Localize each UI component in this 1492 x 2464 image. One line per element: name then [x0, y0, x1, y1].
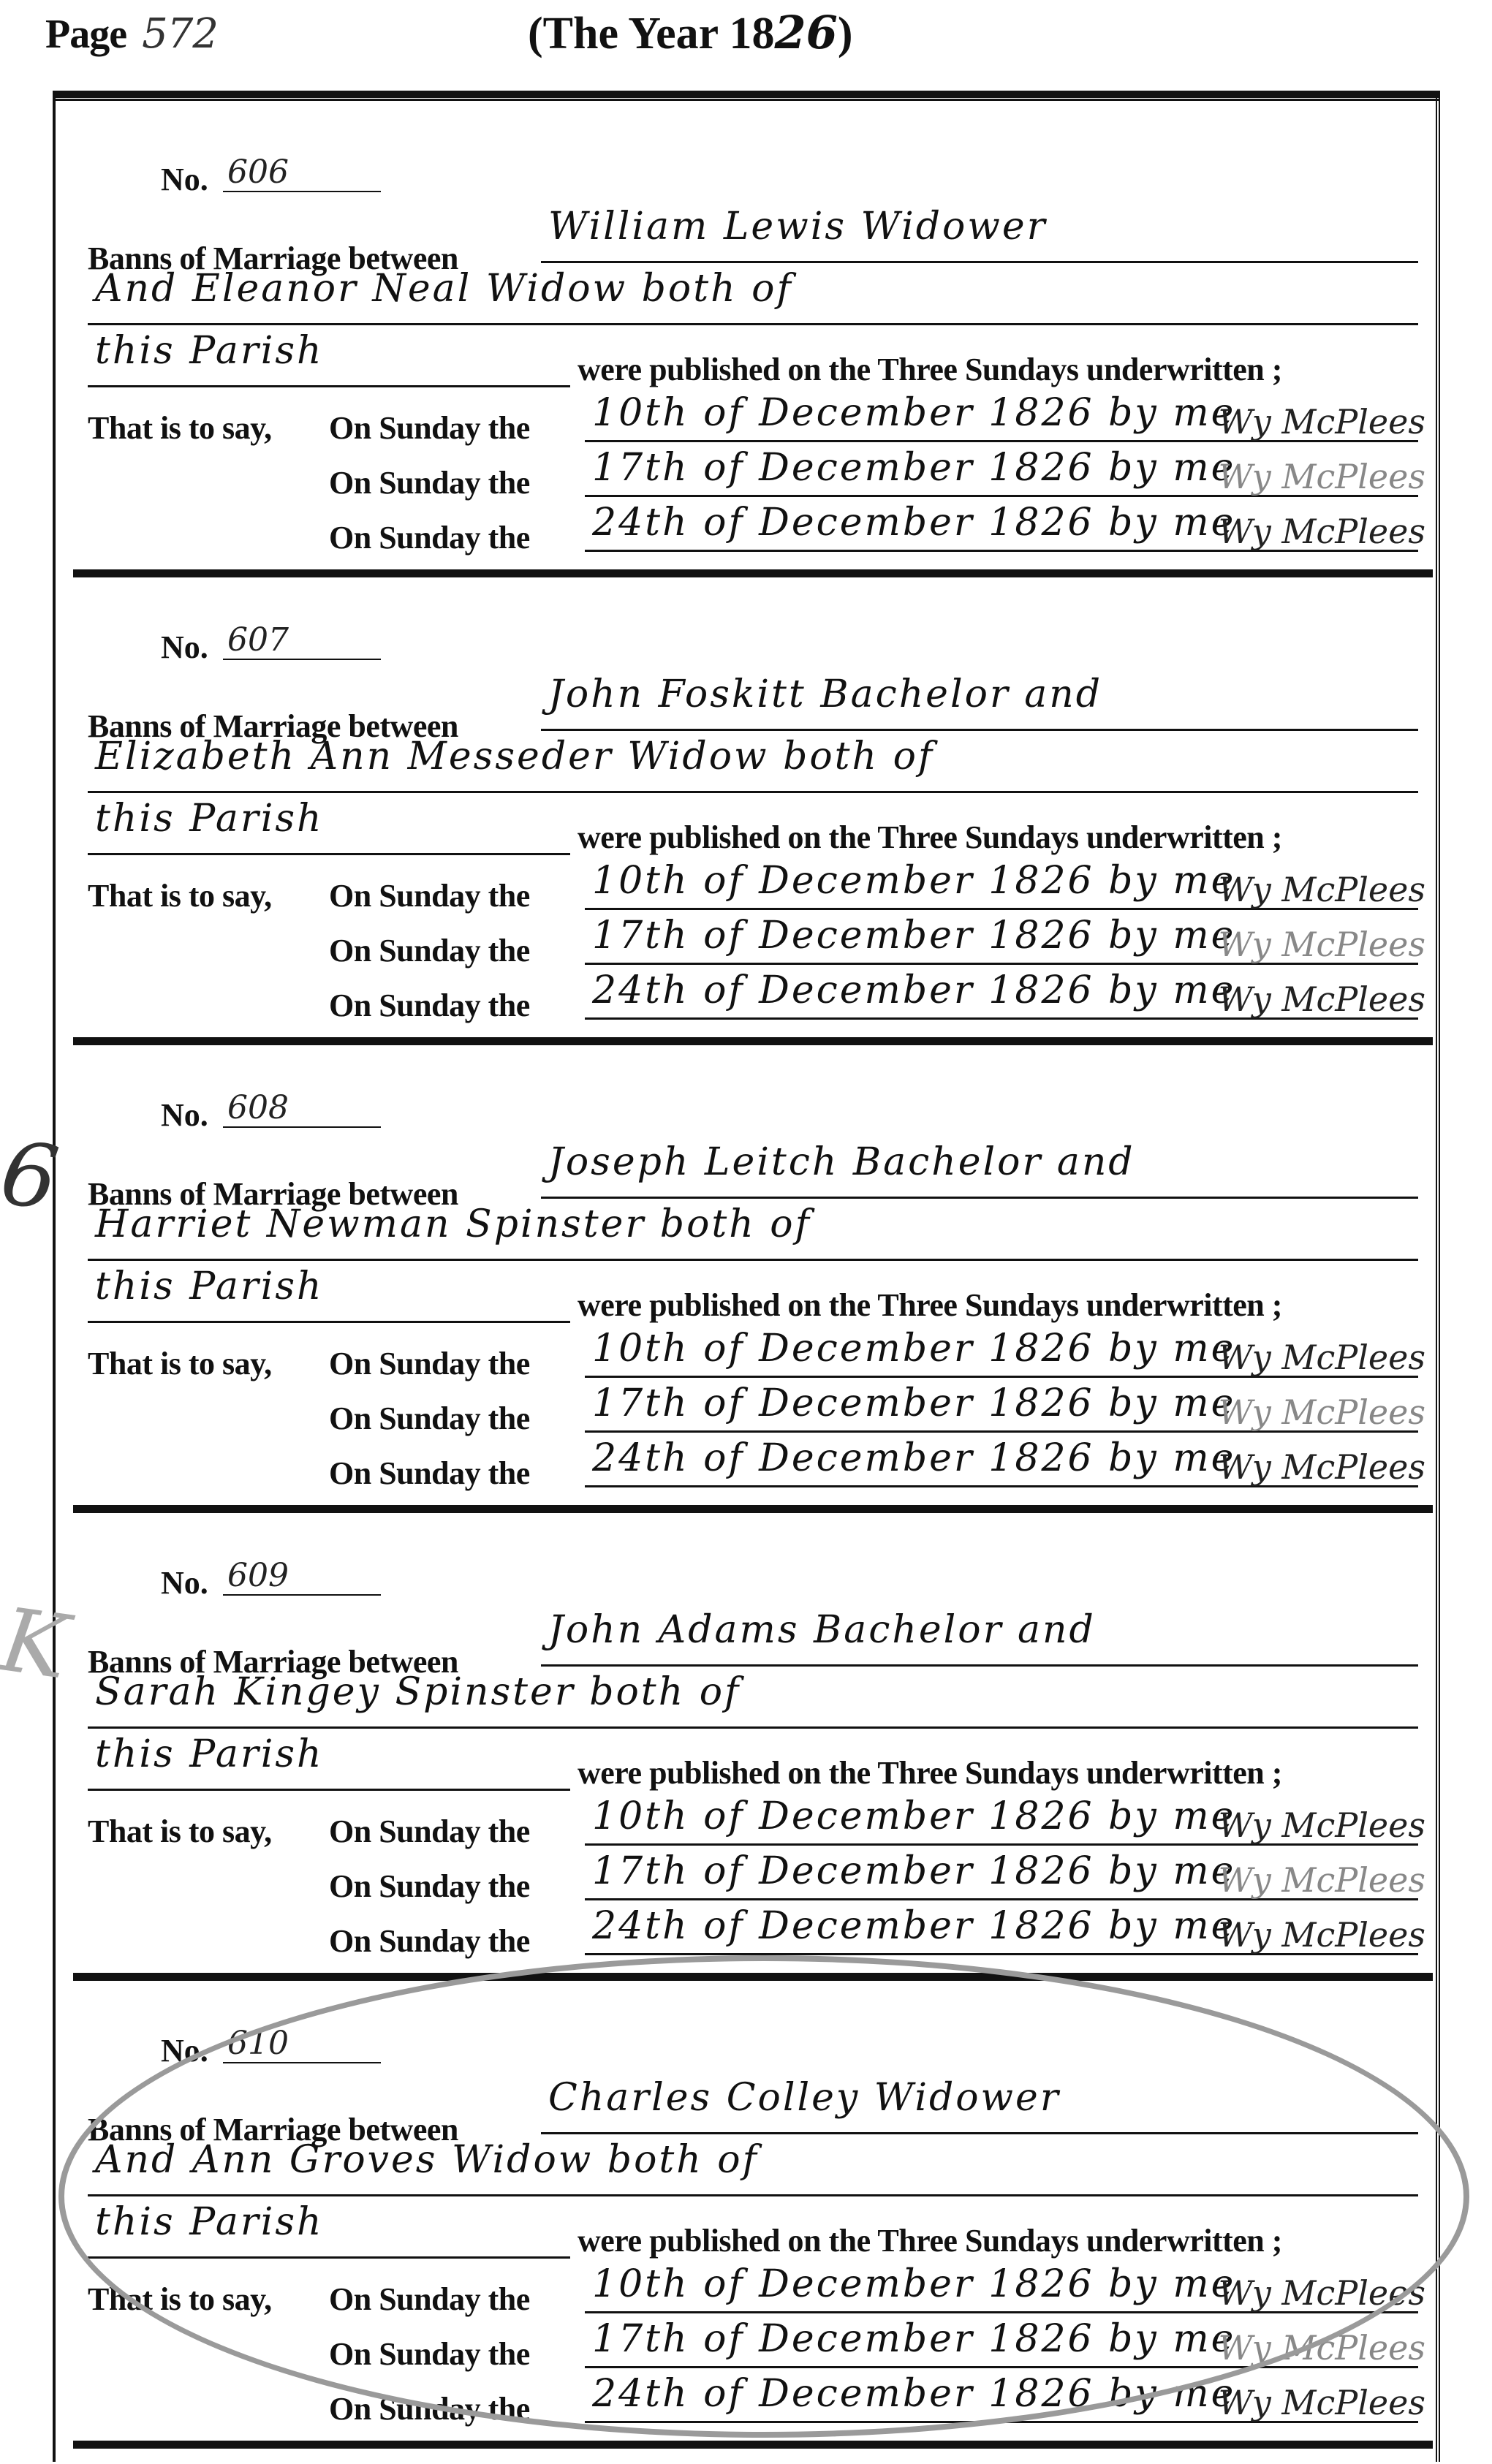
- entry-divider: [73, 1037, 1433, 1045]
- on-sunday-label: On Sunday the: [329, 1455, 530, 1492]
- minister-signature: Wy McPlees: [1219, 1805, 1425, 1845]
- parties-line-3: this Parish: [88, 1732, 570, 1791]
- minister-signature: Wy McPlees: [1219, 1915, 1425, 1955]
- year-handwritten: 26: [775, 6, 838, 59]
- minister-signature: Wy McPlees: [1219, 457, 1425, 496]
- that-is-to-say-label: That is to say,: [88, 2281, 272, 2318]
- on-sunday-label: On Sunday the: [329, 409, 530, 447]
- parties-line-1: John Foskitt Bachelor and: [541, 672, 1418, 731]
- that-is-to-say-label: That is to say,: [88, 1345, 272, 1382]
- on-sunday-label: On Sunday the: [329, 1868, 530, 1905]
- minister-signature: Wy McPlees: [1219, 2383, 1425, 2422]
- page-number: 572: [142, 10, 218, 58]
- entry-number: 609: [223, 1557, 381, 1596]
- minister-signature: Wy McPlees: [1219, 402, 1425, 441]
- parties-line-3: this Parish: [88, 797, 570, 855]
- minister-signature: Wy McPlees: [1219, 925, 1425, 964]
- parties-line-1: Joseph Leitch Bachelor and: [541, 1140, 1418, 1199]
- entry-number-label: No.: [161, 629, 208, 666]
- minister-signature: Wy McPlees: [1219, 1860, 1425, 1900]
- banns-entry: No. 608 Banns of Marriage between Joseph…: [73, 1045, 1433, 1513]
- published-label: were published on the Three Sundays unde…: [578, 1286, 1282, 1324]
- published-label: were published on the Three Sundays unde…: [578, 351, 1282, 388]
- parties-line-1: Charles Colley Widower: [541, 2076, 1418, 2134]
- that-is-to-say-label: That is to say,: [88, 1813, 272, 1850]
- parties-line-3: this Parish: [88, 1265, 570, 1323]
- page-number-header: Page 572: [45, 10, 218, 58]
- entry-number-label: No.: [161, 1096, 208, 1134]
- year-title-suffix: ): [838, 9, 853, 58]
- entry-number: 608: [223, 1089, 381, 1128]
- entry-number-label: No.: [161, 1564, 208, 1601]
- entry-number: 610: [223, 2025, 381, 2063]
- published-label: were published on the Three Sundays unde…: [578, 1754, 1282, 1792]
- on-sunday-label: On Sunday the: [329, 1400, 530, 1437]
- on-sunday-label: On Sunday the: [329, 987, 530, 1024]
- banns-entry: No. 609 Banns of Marriage between John A…: [73, 1513, 1433, 1981]
- on-sunday-label: On Sunday the: [329, 519, 530, 556]
- entry-divider: [73, 569, 1433, 577]
- entry-number-label: No.: [161, 161, 208, 198]
- parties-line-3: this Parish: [88, 329, 570, 387]
- on-sunday-label: On Sunday the: [329, 877, 530, 914]
- entry-divider: [73, 1973, 1433, 1981]
- entry-number-label: No.: [161, 2032, 208, 2069]
- on-sunday-label: On Sunday the: [329, 932, 530, 969]
- on-sunday-label: On Sunday the: [329, 2335, 530, 2373]
- that-is-to-say-label: That is to say,: [88, 409, 272, 447]
- minister-signature: Wy McPlees: [1219, 1447, 1425, 1487]
- on-sunday-label: On Sunday the: [329, 1345, 530, 1382]
- minister-signature: Wy McPlees: [1219, 870, 1425, 909]
- page-label: Page: [45, 12, 126, 57]
- on-sunday-label: On Sunday the: [329, 2281, 530, 2318]
- banns-entry: No. 606 Banns of Marriage between Willia…: [73, 110, 1433, 577]
- parties-line-2: Elizabeth Ann Messeder Widow both of: [88, 735, 1418, 793]
- year-title-prefix: (The Year 18: [528, 9, 775, 58]
- published-label: were published on the Three Sundays unde…: [578, 819, 1282, 856]
- on-sunday-label: On Sunday the: [329, 464, 530, 501]
- parties-line-2: Harriet Newman Spinster both of: [88, 1202, 1418, 1261]
- that-is-to-say-label: That is to say,: [88, 877, 272, 914]
- parties-line-1: William Lewis Widower: [541, 205, 1418, 263]
- minister-signature: Wy McPlees: [1219, 2328, 1425, 2368]
- parties-line-2: Sarah Kingey Spinster both of: [88, 1670, 1418, 1729]
- minister-signature: Wy McPlees: [1219, 2273, 1425, 2313]
- banns-entry: No. 607 Banns of Marriage between John F…: [73, 577, 1433, 1045]
- entry-number: 607: [223, 621, 381, 660]
- published-label: were published on the Three Sundays unde…: [578, 2222, 1282, 2259]
- parties-line-1: John Adams Bachelor and: [541, 1608, 1418, 1667]
- entry-number: 606: [223, 153, 381, 192]
- entry-divider: [73, 1505, 1433, 1513]
- on-sunday-label: On Sunday the: [329, 2390, 530, 2427]
- parties-line-2: And Eleanor Neal Widow both of: [88, 267, 1418, 325]
- entry-divider: [73, 2441, 1433, 2449]
- minister-signature: Wy McPlees: [1219, 1338, 1425, 1377]
- minister-signature: Wy McPlees: [1219, 979, 1425, 1019]
- parties-line-3: this Parish: [88, 2200, 570, 2259]
- on-sunday-label: On Sunday the: [329, 1922, 530, 1960]
- year-title: (The Year 1826): [528, 6, 852, 60]
- register-top-rule: [53, 91, 1440, 101]
- parties-line-2: And Ann Groves Widow both of: [88, 2138, 1418, 2196]
- minister-signature: Wy McPlees: [1219, 1392, 1425, 1432]
- on-sunday-label: On Sunday the: [329, 1813, 530, 1850]
- minister-signature: Wy McPlees: [1219, 512, 1425, 551]
- banns-entry: No. 610 Banns of Marriage between Charle…: [73, 1981, 1433, 2449]
